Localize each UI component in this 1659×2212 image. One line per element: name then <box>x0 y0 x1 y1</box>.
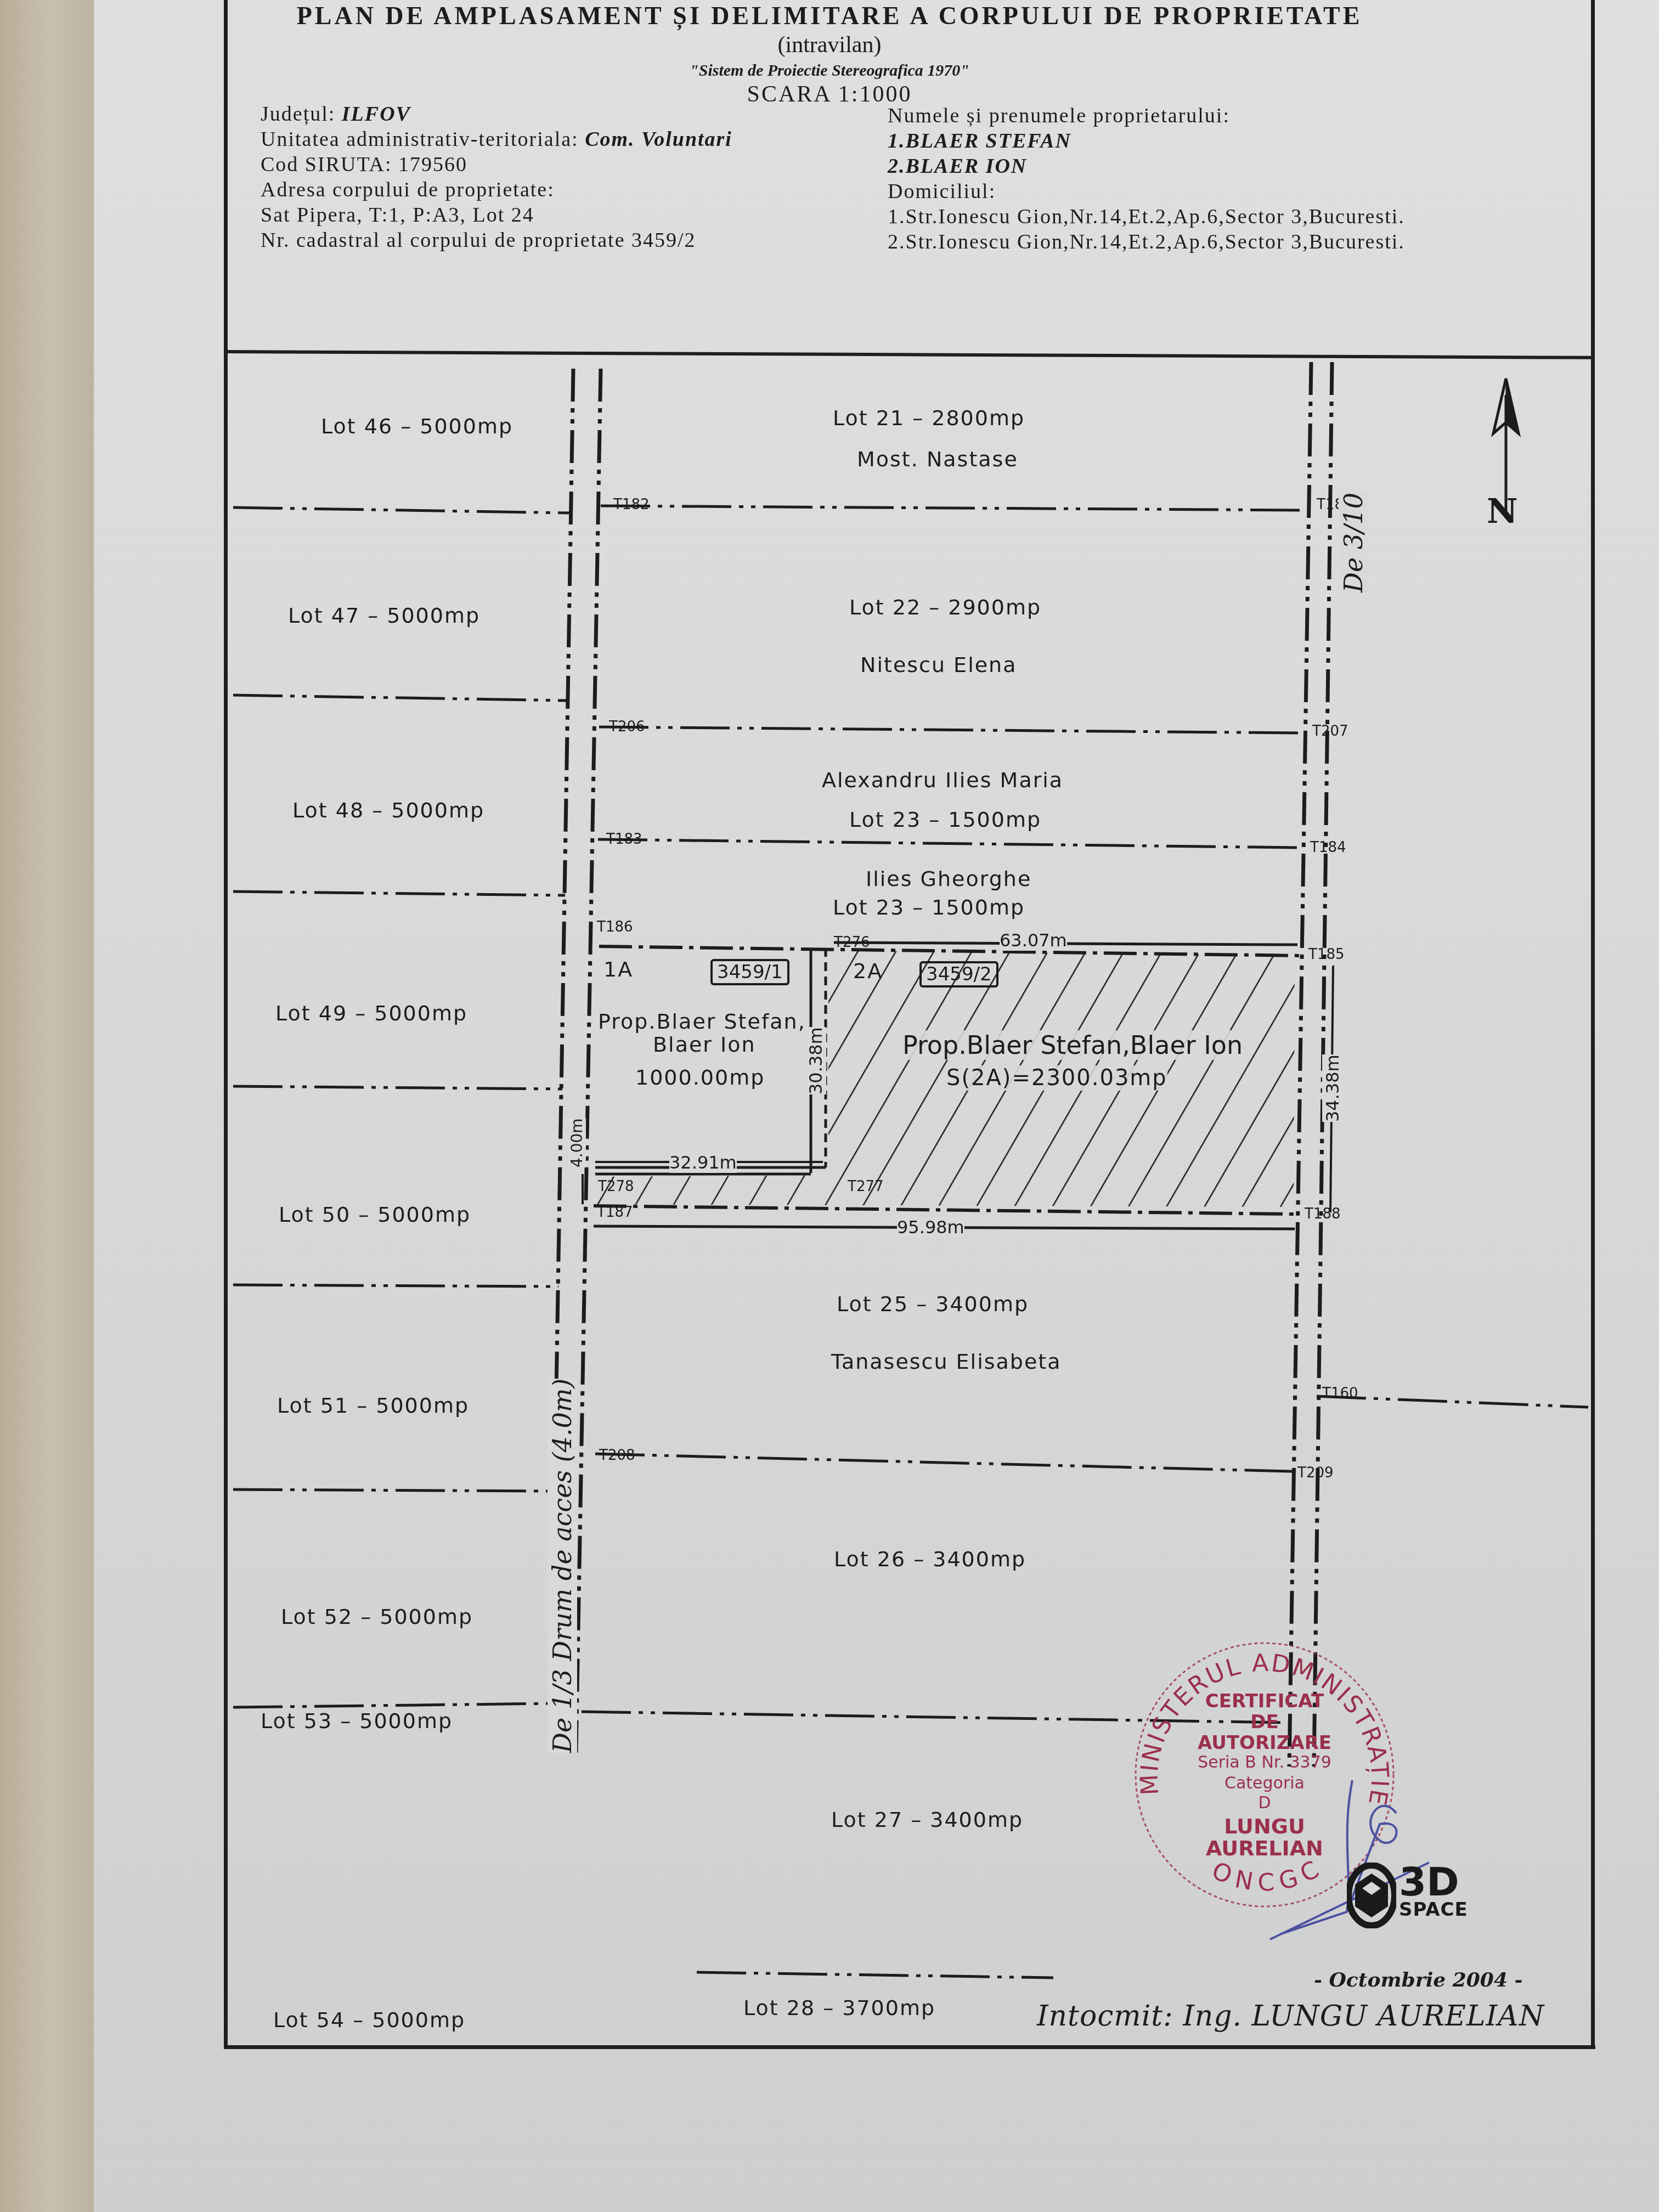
stamp-line-3: AUTORIZARE <box>1127 1732 1402 1754</box>
lot-label-49: Lot 49 – 5000mp <box>275 1001 467 1025</box>
road-label-east: De 3/10 <box>1339 493 1368 592</box>
lot-label-46: Lot 46 – 5000mp <box>321 414 513 438</box>
parcel-2a-cadastral: 3459/2 <box>919 961 998 988</box>
parcel-2a-id: 2A <box>853 959 883 983</box>
lot-label-22: Lot 22 – 2900mp <box>849 595 1041 619</box>
lot-owner-23b: Ilies Gheorghe <box>866 867 1031 891</box>
lot-label-51: Lot 51 – 5000mp <box>277 1393 469 1418</box>
point-t160: T160 <box>1322 1385 1358 1402</box>
lot-label-50: Lot 50 – 5000mp <box>279 1203 471 1227</box>
point-t183: T183 <box>606 831 642 848</box>
document-date: - Octombrie 2004 - <box>1314 1968 1522 1991</box>
point-t206: T206 <box>609 719 645 735</box>
parcel-2a-area: S(2A)=2300.03mp <box>946 1065 1167 1091</box>
logo-text-space: SPACE <box>1399 1899 1468 1921</box>
lot-owner-21: Most. Nastase <box>857 447 1018 471</box>
point-t182: T182 <box>613 496 650 513</box>
lot-label-53: Lot 53 – 5000mp <box>261 1709 453 1733</box>
logo-text-3d: 3D <box>1399 1863 1459 1901</box>
stamp-line-2: DE <box>1127 1711 1402 1733</box>
lot-label-47: Lot 47 – 5000mp <box>288 603 480 628</box>
dimension-right-height: 34.38m <box>1322 1054 1343 1122</box>
lot-label-27: Lot 27 – 3400mp <box>831 1808 1023 1832</box>
road-label-west: De 1/3 Drum de acces (4.0m) <box>548 1379 577 1753</box>
lot-label-28: Lot 28 – 3700mp <box>743 1996 935 2020</box>
lot-owner-23a: Alexandru Ilies Maria <box>822 768 1063 792</box>
dimension-left-height: 30.38m <box>805 1027 826 1094</box>
point-t184: T184 <box>1310 839 1346 856</box>
point-t276: T276 <box>834 934 870 951</box>
parcel-1a-owner-line1: Prop.Blaer Stefan, <box>598 1009 806 1034</box>
parcel-1a-id: 1A <box>603 957 633 981</box>
parcel-2a-owner: Prop.Blaer Stefan,Blaer Ion <box>902 1030 1243 1060</box>
north-label: N <box>1487 491 1519 531</box>
lot-label-23b: Lot 23 – 1500mp <box>833 895 1025 919</box>
parcel-1a-owner-line2: Blaer Ion <box>653 1032 756 1057</box>
dimension-strip: 4.00m <box>568 1118 586 1167</box>
point-t207: T207 <box>1312 723 1348 740</box>
lot-label-25: Lot 25 – 3400mp <box>837 1292 1029 1316</box>
parcel-1a-cadastral: 3459/1 <box>710 959 789 985</box>
lot-label-54: Lot 54 – 5000mp <box>273 2008 465 2032</box>
lot-label-52: Lot 52 – 5000mp <box>281 1605 473 1629</box>
lot-label-26: Lot 26 – 3400mp <box>834 1547 1026 1571</box>
lot-owner-25: Tanasescu Elisabeta <box>831 1350 1062 1374</box>
dimension-top: 63.07m <box>1000 930 1067 951</box>
point-t278: T278 <box>598 1178 634 1195</box>
document-author: Intocmit: Ing. LUNGU AURELIAN <box>1037 2000 1544 2033</box>
point-t188: T188 <box>1305 1206 1341 1222</box>
lot-label-23a: Lot 23 – 1500mp <box>849 808 1041 832</box>
point-t187: T187 <box>597 1204 633 1221</box>
point-t208: T208 <box>599 1447 635 1464</box>
point-t185: T185 <box>1308 946 1345 963</box>
lot-owner-22: Nitescu Elena <box>860 653 1017 677</box>
dimension-left-width: 32.91m <box>669 1152 737 1173</box>
dimension-bottom: 95.98m <box>897 1217 964 1238</box>
stamp-line-1: CERTIFICAT <box>1127 1690 1402 1712</box>
cube-logo-icon <box>1347 1863 1396 1928</box>
lot-label-21: Lot 21 – 2800mp <box>833 406 1025 430</box>
3d-space-logo: 3D SPACE <box>1347 1863 1396 1931</box>
point-t186: T186 <box>597 919 633 935</box>
point-t277: T277 <box>848 1178 884 1195</box>
parcel-1a-area: 1000.00mp <box>635 1065 765 1090</box>
lot-label-48: Lot 48 – 5000mp <box>292 798 484 822</box>
point-t209: T209 <box>1297 1465 1334 1481</box>
